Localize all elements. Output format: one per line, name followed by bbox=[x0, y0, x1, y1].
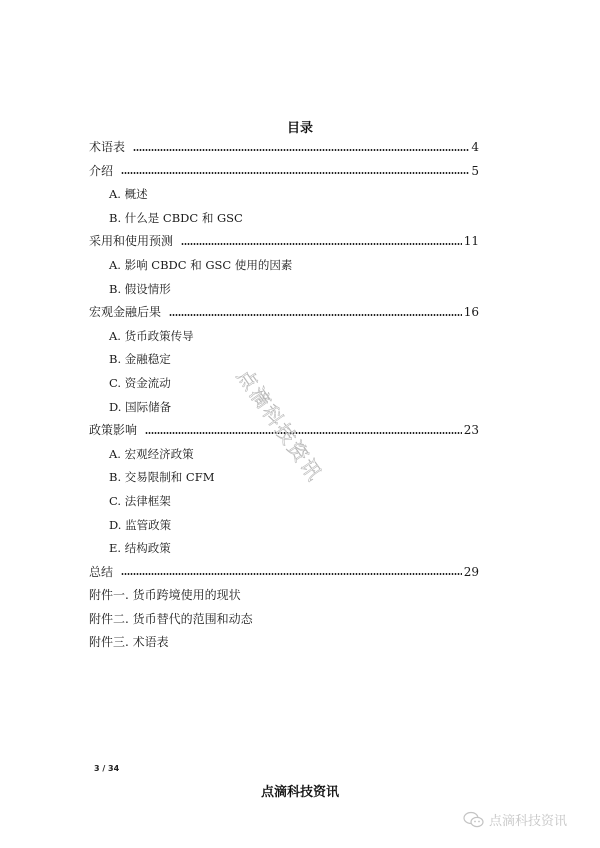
toc-subentry[interactable]: A. 货币政策传导 bbox=[89, 325, 479, 349]
toc-entry-glossary[interactable]: 术语表4 bbox=[89, 136, 479, 160]
wechat-icon bbox=[463, 811, 485, 829]
toc-subentry[interactable]: B. 假设情形 bbox=[89, 278, 479, 302]
toc-label: A. 影响 CBDC 和 GSC 使用的因素 bbox=[109, 254, 292, 278]
wechat-watermark: 点滴科技资讯 bbox=[463, 810, 567, 829]
toc-page: 16 bbox=[464, 301, 479, 325]
toc-entry-annex-2[interactable]: 附件二. 货币替代的范围和动态 bbox=[89, 608, 479, 632]
toc-subentry[interactable]: A. 概述 bbox=[89, 183, 479, 207]
toc-label: D. 国际储备 bbox=[109, 396, 171, 420]
dot-leader bbox=[169, 314, 462, 316]
toc-page: 23 bbox=[464, 419, 479, 443]
toc-label: 附件一. 货币跨境使用的现状 bbox=[89, 584, 241, 608]
toc-label: A. 宏观经济政策 bbox=[109, 443, 194, 467]
wechat-account-name: 点滴科技资讯 bbox=[489, 810, 567, 829]
toc-label: 总结 bbox=[89, 561, 113, 585]
table-of-contents: 术语表4 介绍5 A. 概述 B. 什么是 CBDC 和 GSC 采用和使用预测… bbox=[89, 136, 479, 655]
dot-leader bbox=[133, 149, 469, 151]
toc-label: B. 金融稳定 bbox=[109, 348, 171, 372]
toc-label: 术语表 bbox=[89, 136, 125, 160]
footer-brand: 点滴科技资讯 bbox=[0, 781, 600, 800]
toc-subentry[interactable]: E. 结构政策 bbox=[89, 537, 479, 561]
toc-label: 附件二. 货币替代的范围和动态 bbox=[89, 608, 253, 632]
dot-leader bbox=[121, 573, 462, 575]
page-indicator: 3 / 34 bbox=[94, 764, 119, 773]
toc-label: 附件三. 术语表 bbox=[89, 631, 169, 655]
dot-leader bbox=[121, 172, 469, 174]
toc-page: 4 bbox=[471, 136, 479, 160]
toc-page: 5 bbox=[471, 160, 479, 184]
toc-subentry[interactable]: C. 资金流动 bbox=[89, 372, 479, 396]
toc-page: 29 bbox=[464, 561, 479, 585]
toc-subentry[interactable]: B. 什么是 CBDC 和 GSC bbox=[89, 207, 479, 231]
toc-subentry[interactable]: B. 金融稳定 bbox=[89, 348, 479, 372]
toc-entry-annex-3[interactable]: 附件三. 术语表 bbox=[89, 631, 479, 655]
toc-entry-annex-1[interactable]: 附件一. 货币跨境使用的现状 bbox=[89, 584, 479, 608]
toc-entry-macro-financial[interactable]: 宏观金融后果16 bbox=[89, 301, 479, 325]
toc-subentry[interactable]: A. 影响 CBDC 和 GSC 使用的因素 bbox=[89, 254, 479, 278]
toc-label: D. 监管政策 bbox=[109, 514, 171, 538]
toc-label: A. 概述 bbox=[109, 183, 148, 207]
dot-leader bbox=[181, 243, 462, 245]
toc-entry-introduction[interactable]: 介绍5 bbox=[89, 160, 479, 184]
toc-label: 宏观金融后果 bbox=[89, 301, 161, 325]
toc-label: C. 法律框架 bbox=[109, 490, 171, 514]
toc-label: 政策影响 bbox=[89, 419, 137, 443]
toc-entry-summary[interactable]: 总结29 bbox=[89, 561, 479, 585]
toc-label: 介绍 bbox=[89, 160, 113, 184]
toc-label: B. 什么是 CBDC 和 GSC bbox=[109, 207, 243, 231]
toc-label: A. 货币政策传导 bbox=[109, 325, 194, 349]
toc-subentry[interactable]: D. 监管政策 bbox=[89, 514, 479, 538]
toc-label: B. 交易限制和 CFM bbox=[109, 466, 214, 490]
toc-page: 11 bbox=[464, 230, 479, 254]
toc-label: E. 结构政策 bbox=[109, 537, 171, 561]
page-title: 目录 bbox=[0, 117, 600, 136]
toc-subentry[interactable]: B. 交易限制和 CFM bbox=[89, 466, 479, 490]
toc-label: 采用和使用预测 bbox=[89, 230, 173, 254]
toc-subentry[interactable]: C. 法律框架 bbox=[89, 490, 479, 514]
toc-label: B. 假设情形 bbox=[109, 278, 171, 302]
toc-entry-adoption[interactable]: 采用和使用预测11 bbox=[89, 230, 479, 254]
toc-label: C. 资金流动 bbox=[109, 372, 171, 396]
